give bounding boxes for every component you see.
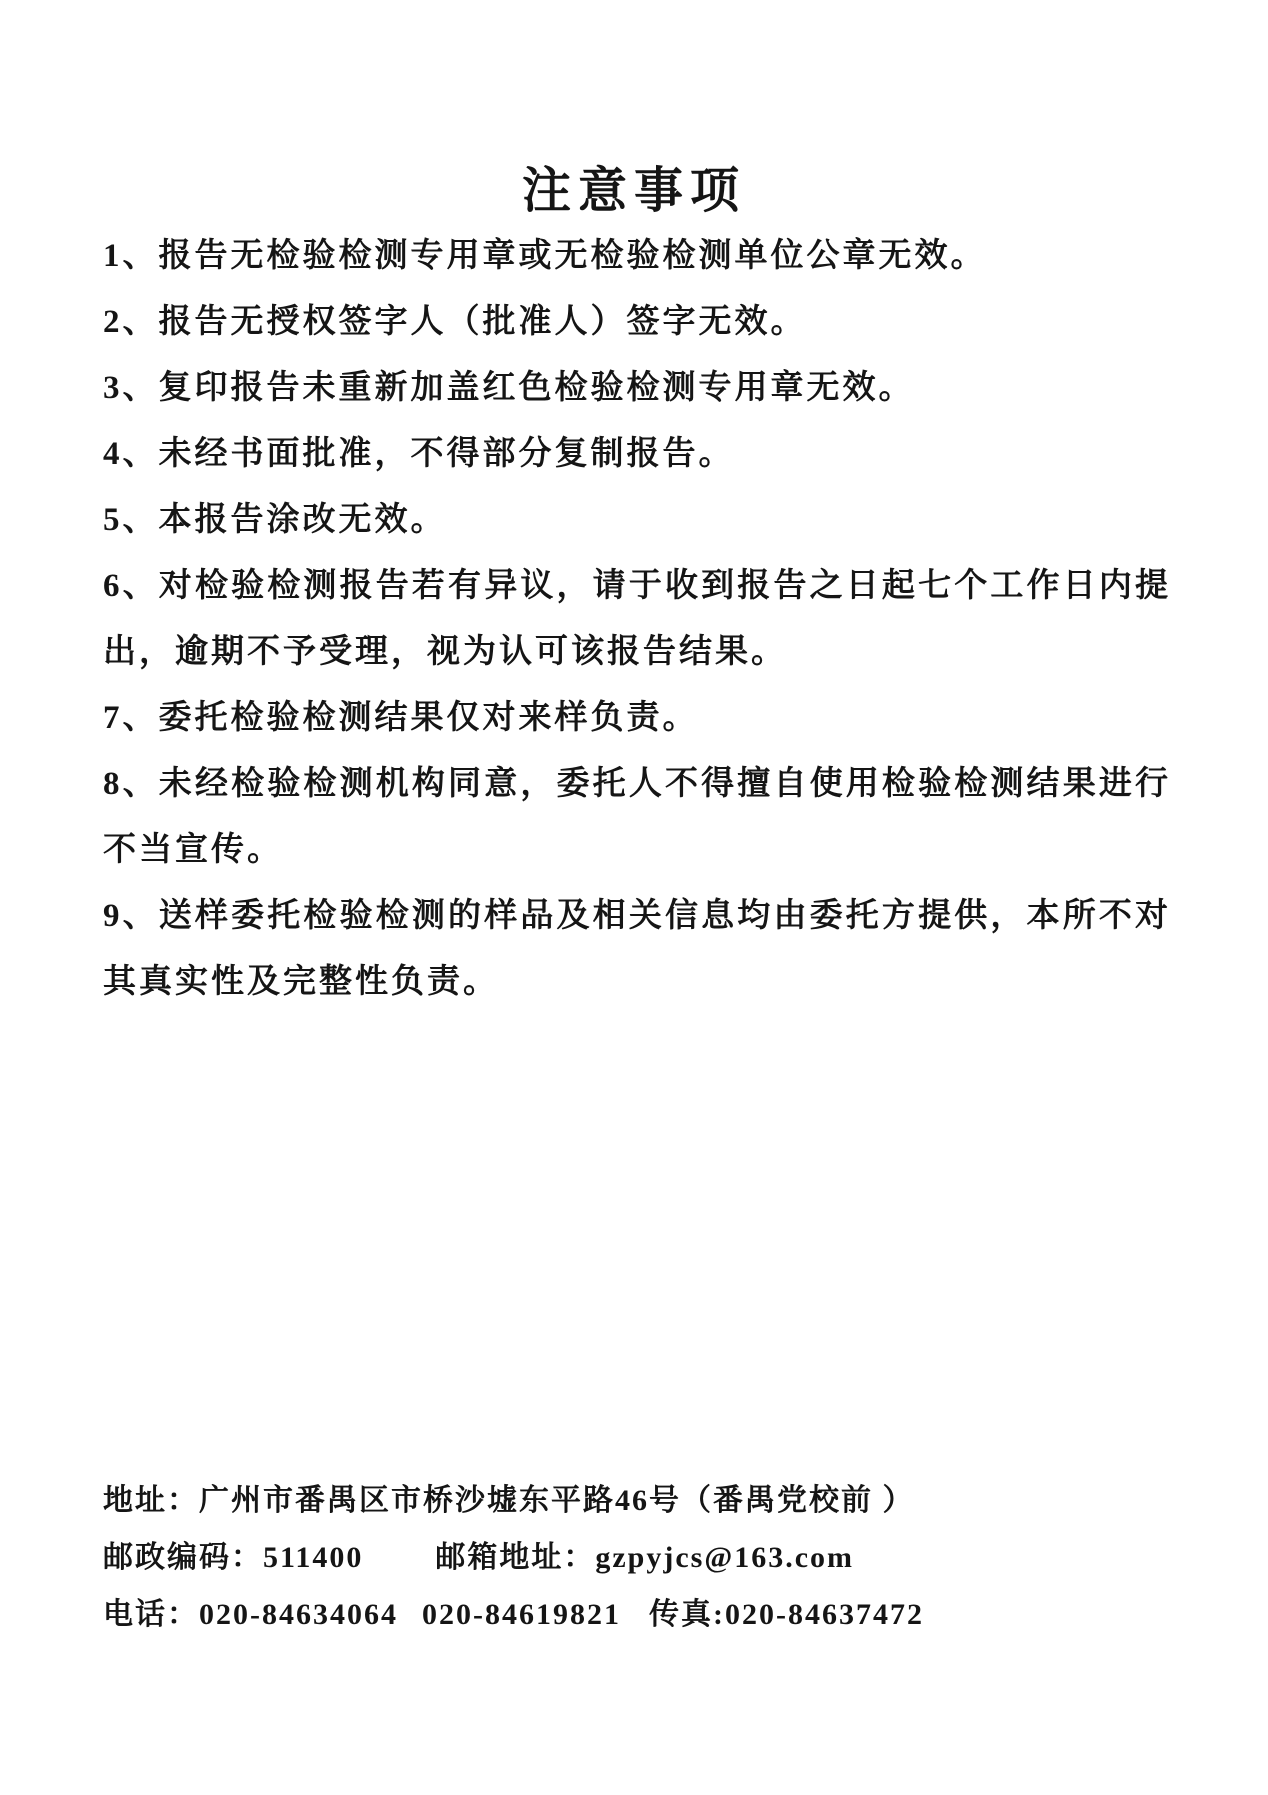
notice-item-5: 5、本报告涂改无效。 [103, 487, 1171, 553]
fax-number: 020-84637472 [725, 1598, 924, 1631]
address-text: 地址：广州市番禺区市桥沙墟东平路46号（番禺党校前 ） [103, 1484, 915, 1517]
notice-item-3: 3、复印报告未重新加盖红色检验检测专用章无效。 [103, 355, 1171, 421]
notices-list: 1、报告无检验检测专用章或无检验检测单位公章无效。 2、报告无授权签字人（批准人… [103, 223, 1171, 1015]
email-value: gzpyjcs@163.com [595, 1541, 854, 1574]
notice-item-7: 7、委托检验检测结果仅对来样负责。 [103, 685, 1171, 751]
postal-label: 邮政编码： [103, 1541, 263, 1574]
notice-item-2: 2、报告无授权签字人（批准人）签字无效。 [103, 289, 1171, 355]
notice-item-8: 8、未经检验检测机构同意，委托人不得擅自使用检验检测结果进行不当宣传。 [103, 751, 1171, 883]
fax-label: 传真: [649, 1598, 725, 1631]
address-line: 地址：广州市番禺区市桥沙墟东平路46号（番禺党校前 ） [103, 1472, 1183, 1529]
postal-code: 511400 [263, 1541, 363, 1574]
notice-item-4: 4、未经书面批准，不得部分复制报告。 [103, 421, 1171, 487]
notice-item-1: 1、报告无检验检测专用章或无检验检测单位公章无效。 [103, 223, 1171, 289]
phone-number-1: 020-84634064 [199, 1598, 398, 1631]
phone-fax-line: 电话：020-84634064020-84619821传真:020-846374… [103, 1586, 1183, 1643]
phone-number-2: 020-84619821 [422, 1598, 621, 1631]
phone-label: 电话： [103, 1598, 199, 1631]
postal-email-line: 邮政编码：511400邮箱地址：gzpyjcs@163.com [103, 1529, 1183, 1586]
notice-item-6: 6、对检验检测报告若有异议，请于收到报告之日起七个工作日内提出，逾期不予受理，视… [103, 553, 1171, 685]
contact-footer: 地址：广州市番禺区市桥沙墟东平路46号（番禺党校前 ） 邮政编码：511400邮… [103, 1472, 1183, 1643]
page-title: 注意事项 [0, 152, 1268, 222]
email-label: 邮箱地址： [435, 1541, 595, 1574]
report-notice-page: 注意事项 1、报告无检验检测专用章或无检验检测单位公章无效。 2、报告无授权签字… [0, 0, 1268, 1795]
notice-item-9: 9、送样委托检验检测的样品及相关信息均由委托方提供，本所不对其真实性及完整性负责… [103, 883, 1171, 1015]
